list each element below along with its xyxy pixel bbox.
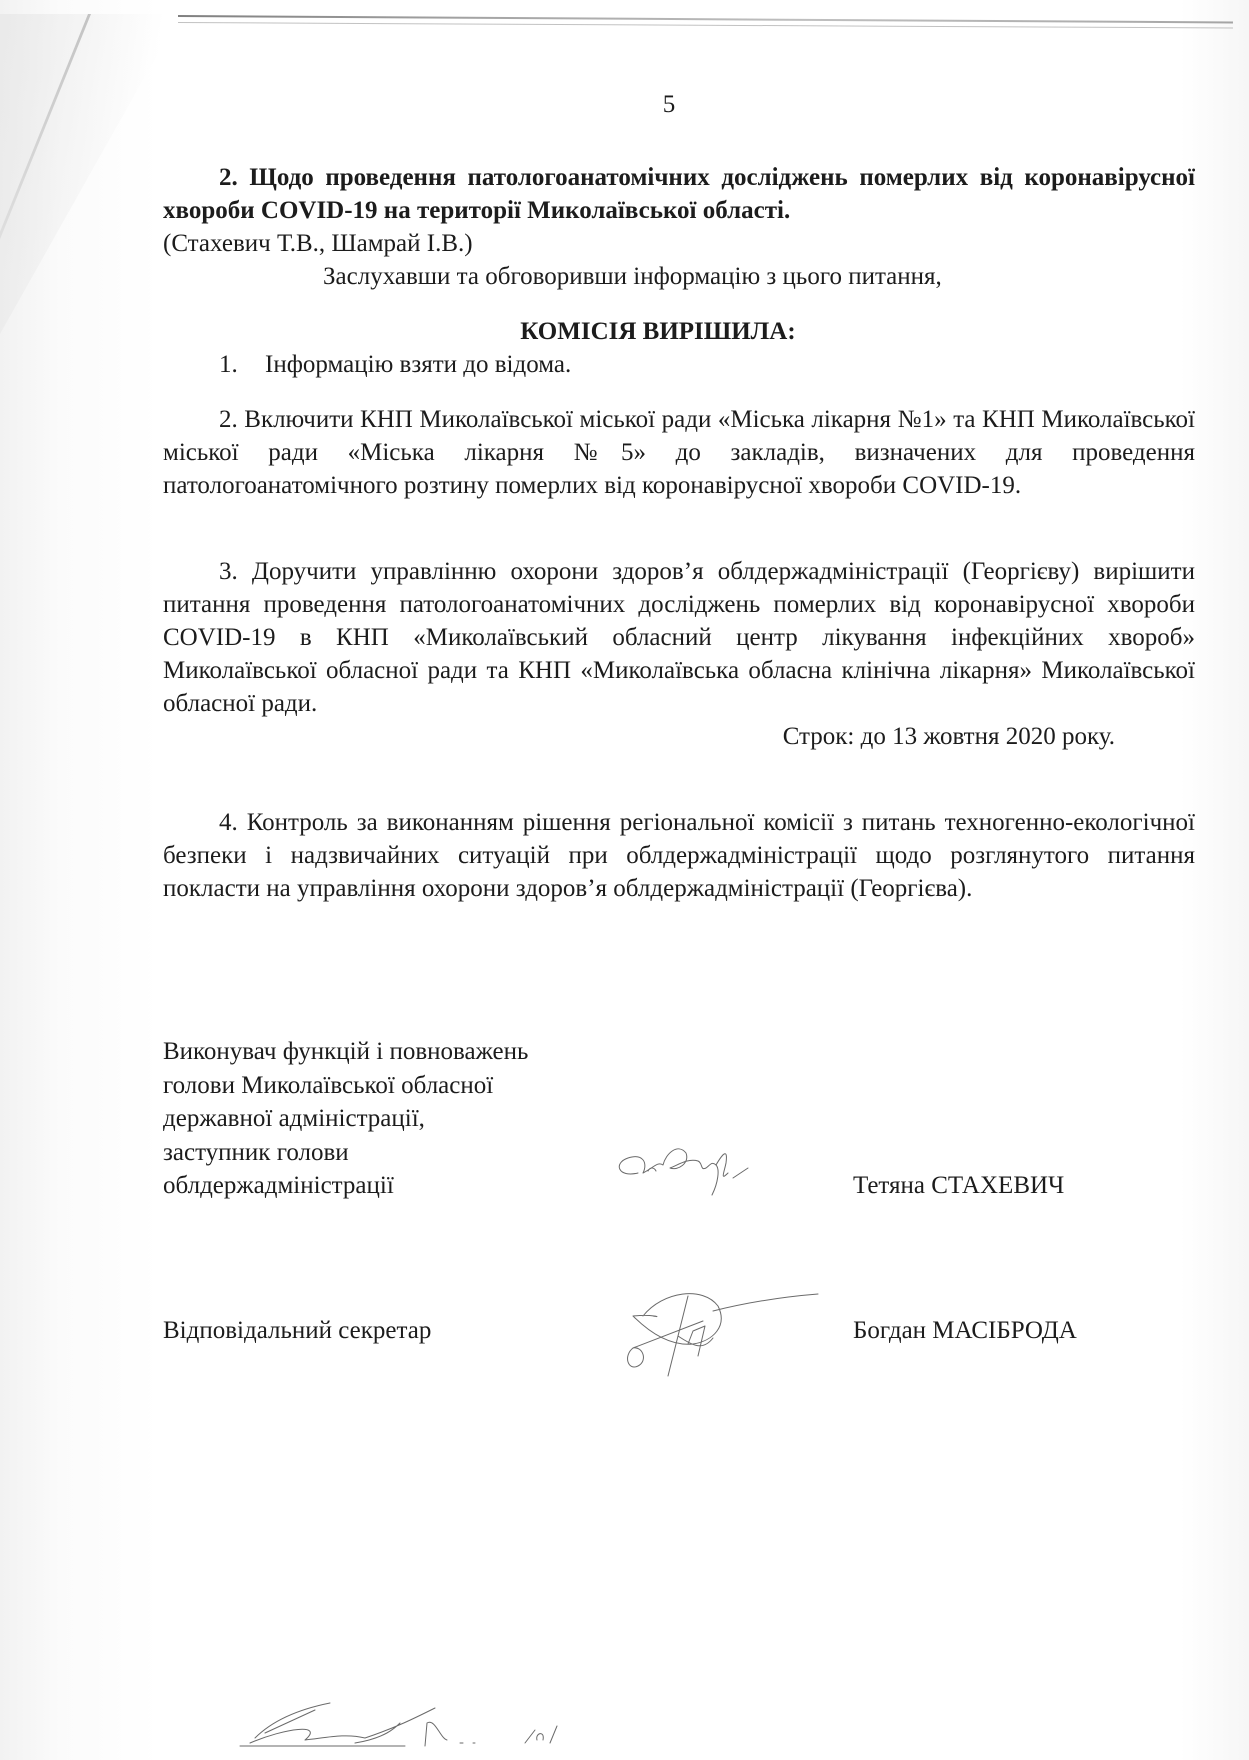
secretary-name: Богдан МАСІБРОДА xyxy=(853,1314,1077,1348)
signatory-title-line: державної адміністрації, xyxy=(163,1102,528,1136)
decision-point-3-deadline: Строк: до 13 жовтня 2020 року. xyxy=(163,720,1195,753)
signatory-title: Виконувач функцій і повноважень голови М… xyxy=(163,1035,528,1203)
signatory-title-line: облдержадміністрації xyxy=(163,1169,528,1203)
decision-point-2: 2. Включити КНП Миколаївської міської ра… xyxy=(163,403,1195,502)
handwritten-signature-icon xyxy=(593,1276,833,1386)
decision-point-4: 4. Контроль за виконанням рішення регіон… xyxy=(163,806,1195,905)
signatory-title-line: заступник голови xyxy=(163,1136,528,1170)
agenda-item-speakers: (Стахевич Т.В., Шамрай І.В.) xyxy=(163,227,1195,260)
handwritten-signature-icon xyxy=(608,1123,788,1203)
decision-point-3: 3. Доручити управлінню охорони здоров’я … xyxy=(163,555,1195,720)
signatory-title-line: голови Миколаївської обласної xyxy=(163,1069,528,1103)
document-body: 5 2. Щодо проведення патологоанатомічних… xyxy=(163,88,1195,905)
scan-top-edge-line-secondary xyxy=(178,22,1233,29)
initials-handwriting-icon xyxy=(235,1688,595,1748)
heard-statement: Заслухавши та обговоривши інформацію з ц… xyxy=(163,260,1195,293)
signatory-title-line: Виконувач функцій і повноважень xyxy=(163,1035,528,1069)
decision-point-text: Інформацію взяти до відома. xyxy=(265,348,571,381)
agenda-item-heading: 2. Щодо проведення патологоанатомічних д… xyxy=(163,161,1195,227)
scan-fold-shadow xyxy=(0,14,180,334)
signature-block-chair: Виконувач функцій і повноважень голови М… xyxy=(163,1035,1195,1207)
signature-block-secretary: Відповідальний секретар Богдан МАСІБРОДА xyxy=(163,1314,1195,1374)
signatory-name: Тетяна СТАХЕВИЧ xyxy=(853,1169,1064,1203)
secretary-title: Відповідальний секретар xyxy=(163,1314,431,1348)
decision-point-number: 1. xyxy=(219,348,265,381)
decision-title: КОМІСІЯ ВИРІШИЛА: xyxy=(121,315,1195,348)
decision-point-1: 1. Інформацію взяти до відома. xyxy=(163,348,1195,381)
scanned-page: 5 2. Щодо проведення патологоанатомічних… xyxy=(0,0,1249,1760)
signature-section: Виконувач функцій і повноважень голови М… xyxy=(163,1035,1195,1374)
page-number: 5 xyxy=(143,88,1195,121)
